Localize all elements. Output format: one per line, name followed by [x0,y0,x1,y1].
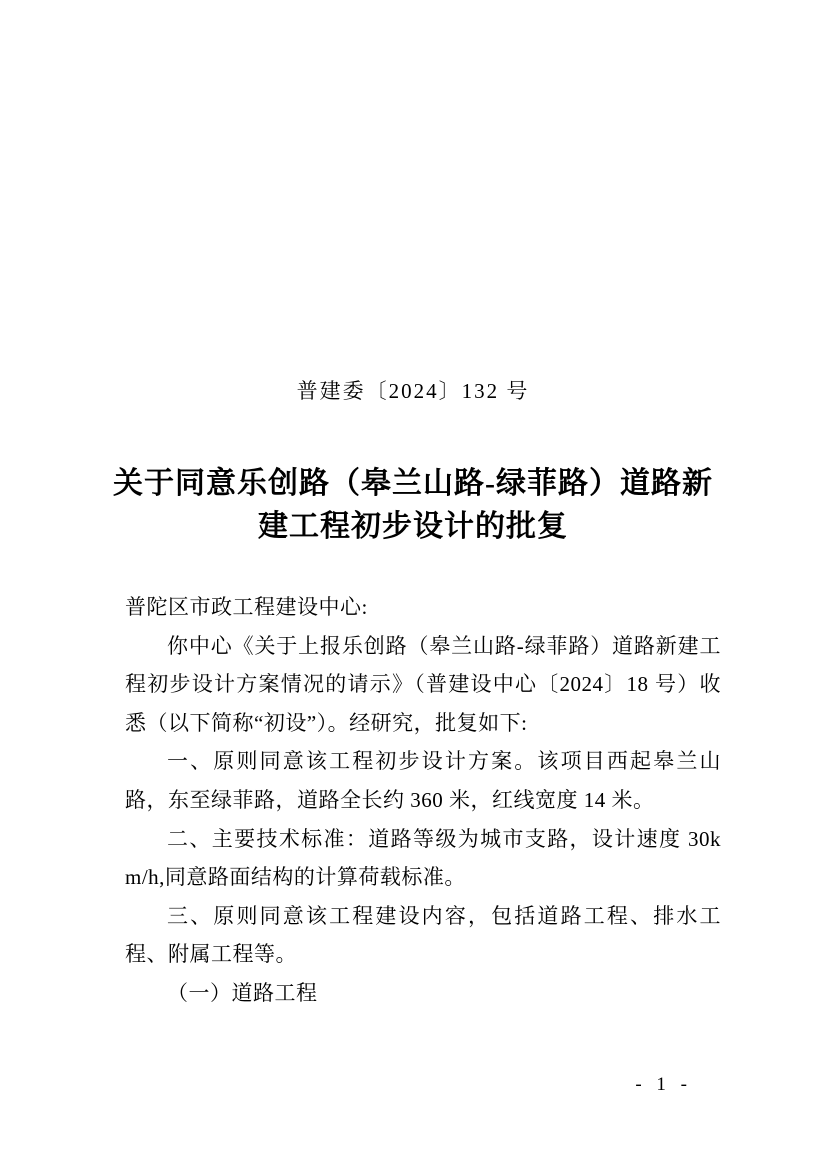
page-number: - 1 - [635,1072,692,1098]
body-paragraph-2: 一、原则同意该工程初步设计方案。该项目西起皋兰山路，东至绿菲路，道路全长约 36… [125,742,721,819]
body-paragraph-5: （一）道路工程 [125,974,721,1013]
body-paragraph-4: 三、原则同意该工程建设内容，包括道路工程、排水工程、附属工程等。 [125,897,721,974]
document-page: 普建委〔2024〕132 号 关于同意乐创路（皋兰山路-绿菲路）道路新建工程初步… [0,0,826,1169]
body-paragraph-1: 你中心《关于上报乐创路（皋兰山路-绿菲路）道路新建工程初步设计方案情况的请示》（… [125,627,721,743]
document-number: 普建委〔2024〕132 号 [0,376,826,406]
document-body: 普陀区市政工程建设中心: 你中心《关于上报乐创路（皋兰山路-绿菲路）道路新建工程… [125,588,721,1013]
recipient-line: 普陀区市政工程建设中心: [125,588,721,627]
body-paragraph-3: 二、主要技术标准：道路等级为城市支路，设计速度 30km/h,同意路面结构的计算… [125,820,721,897]
document-title: 关于同意乐创路（皋兰山路-绿菲路）道路新建工程初步设计的批复 [100,462,726,548]
